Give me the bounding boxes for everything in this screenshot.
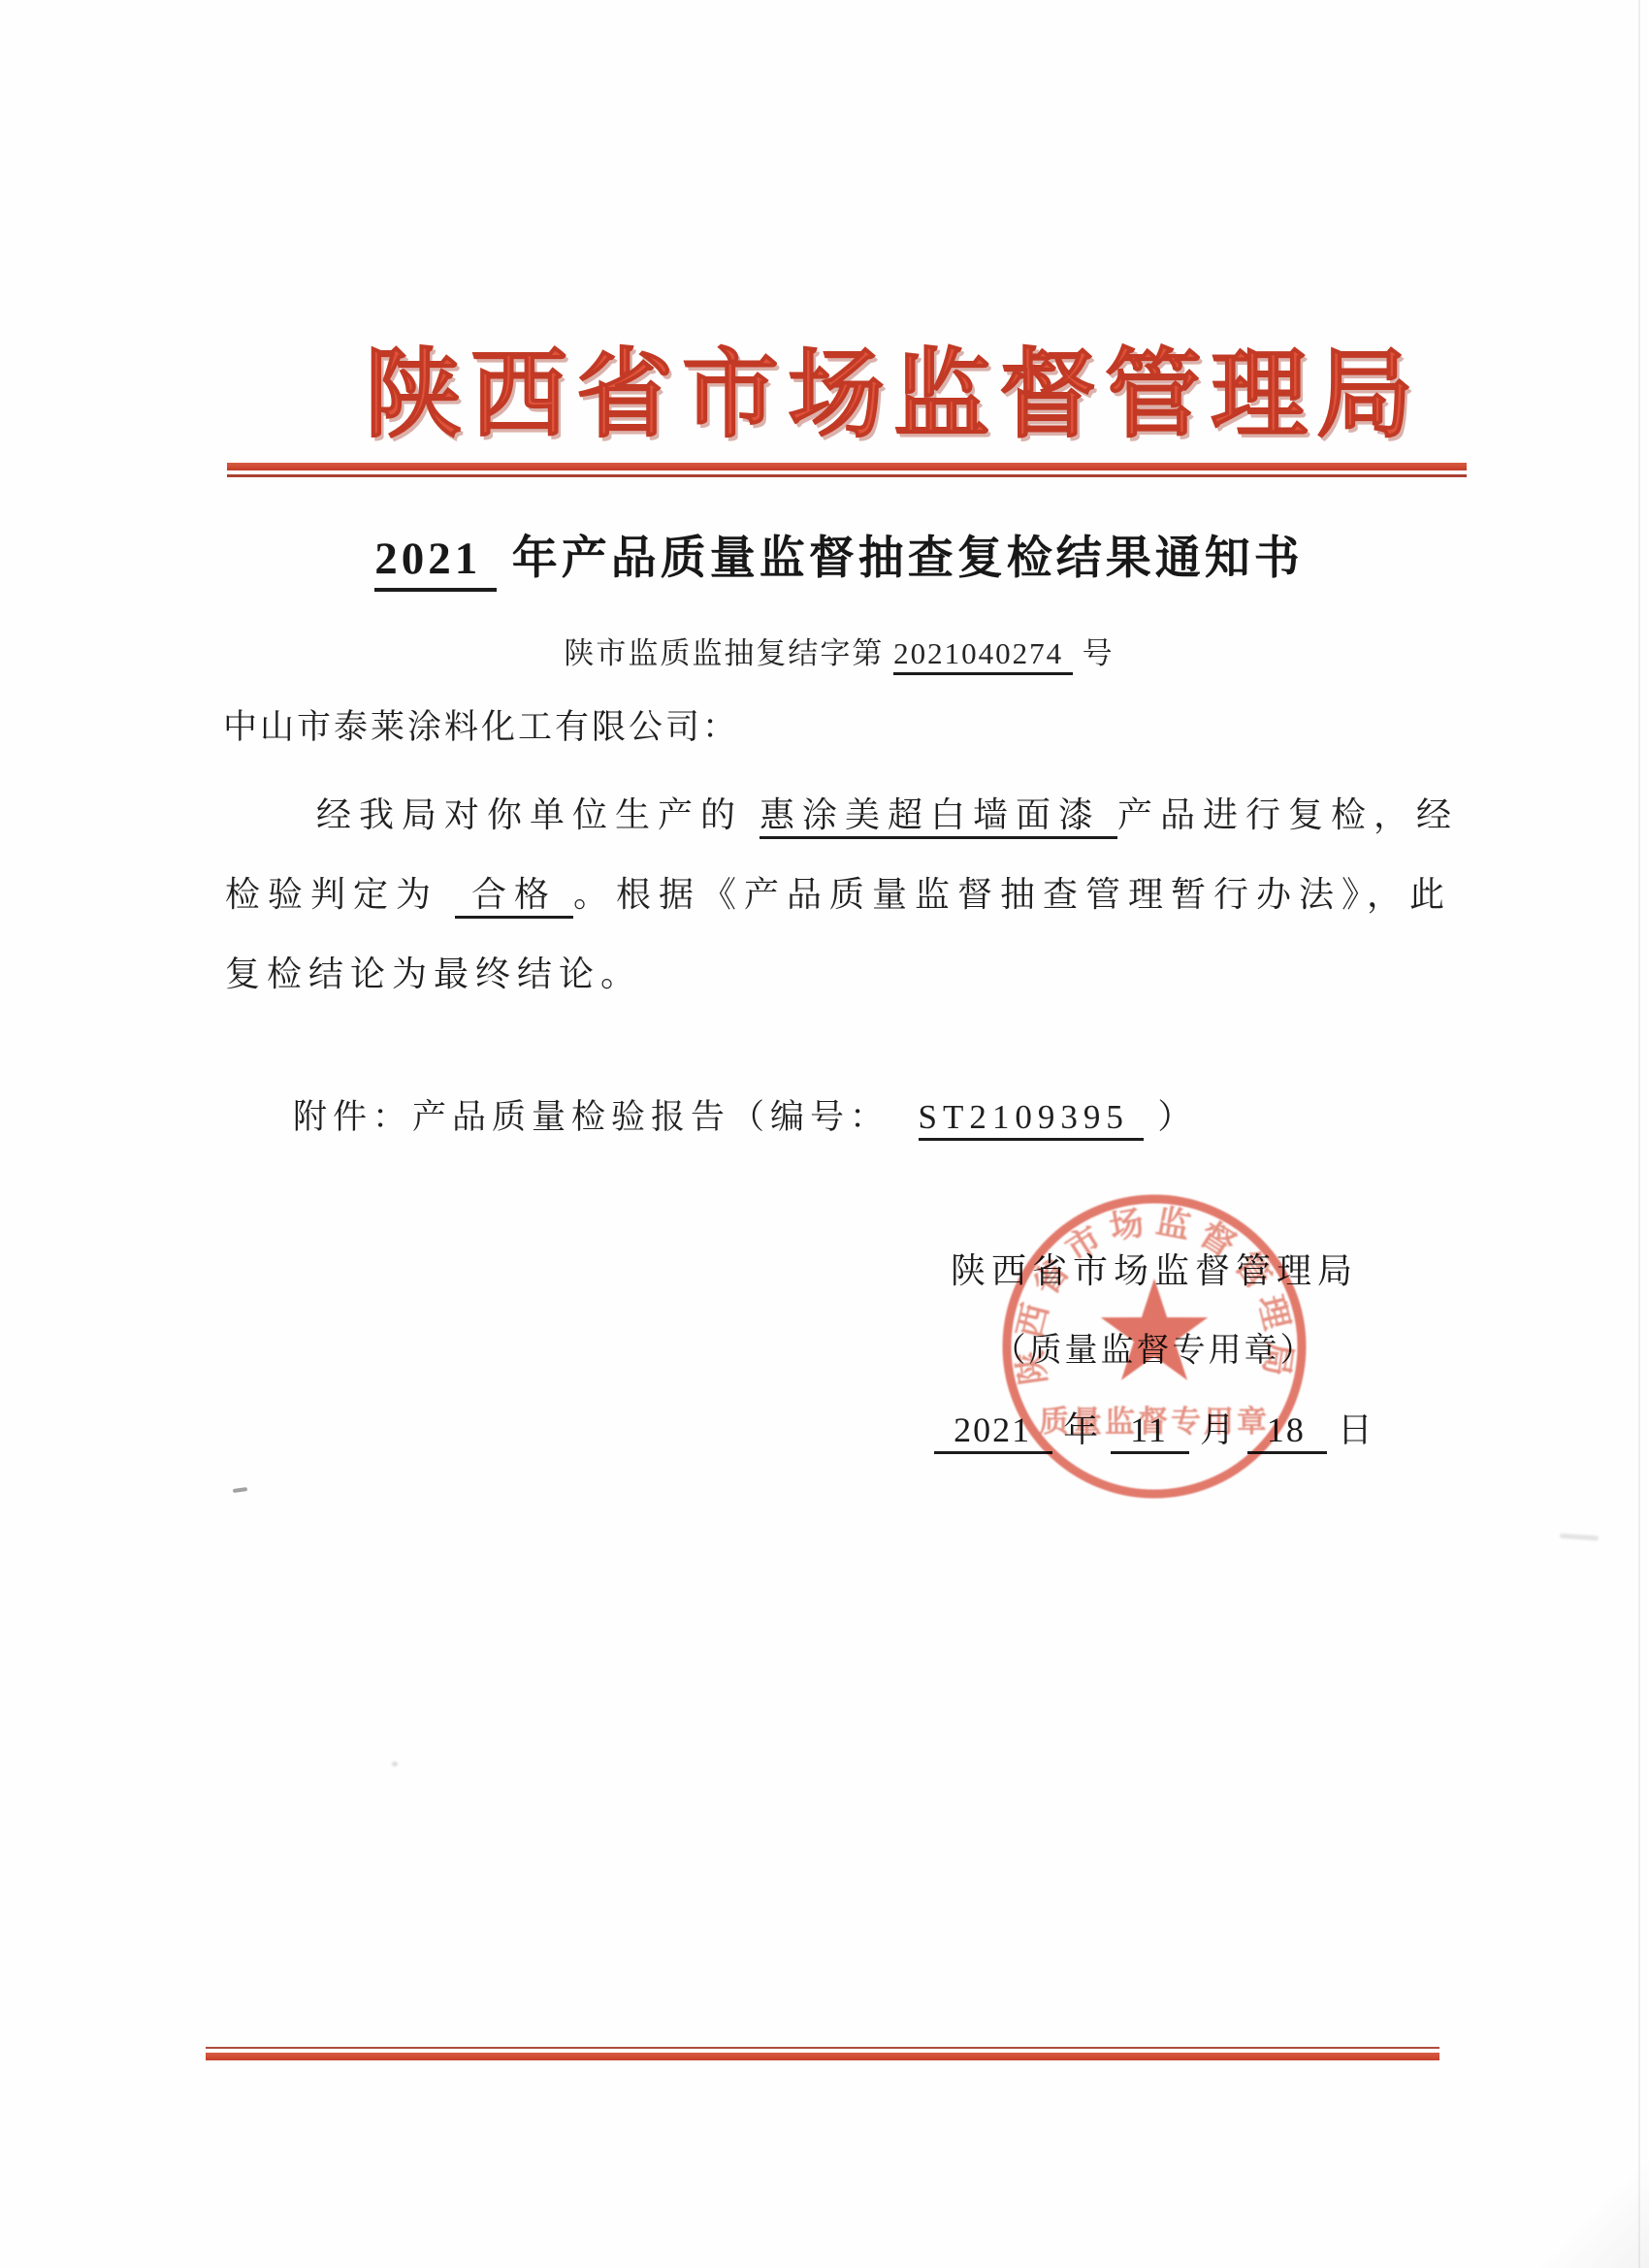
text-segment: 号 — [1073, 636, 1115, 670]
letterhead-rule-thick-line — [227, 463, 1467, 470]
seal-bottom-text: 质量监督专用章 — [1039, 1405, 1270, 1439]
body-line-3: 复检结论为最终结论。 — [225, 947, 1442, 996]
text-segment: 年产品质量监督抽查复检结果通知书 — [497, 534, 1304, 584]
scanned-official-letter: 陕西省市场监督管理局 2021 年产品质量监督抽查复检结果通知书 陕市监质监抽复… — [0, 0, 1649, 2268]
official-seal: 陕西省市场监督管理局 质量监督专用章 — [989, 1182, 1319, 1511]
footer-rule-thin-line — [206, 2047, 1439, 2049]
scan-artifact-dot — [392, 1762, 398, 1766]
attachment-line: 附件：产品质量检验报告（编号： ST2109395 ） — [293, 1090, 1197, 1139]
seal-star-icon — [1101, 1279, 1208, 1380]
footer-rule — [206, 2047, 1439, 2060]
letterhead-rule-thin-line — [227, 474, 1467, 477]
underlined-text: 合格 — [455, 875, 573, 919]
scan-artifact-squiggle — [1560, 1534, 1599, 1541]
body-line-1: 经我局对你单位生产的 惠涂美超白墙面漆 产品进行复检，经 — [225, 788, 1442, 837]
text-segment: 检验判定为 — [225, 875, 455, 914]
text-segment: 。根据《产品质量监督抽查管理暂行办法》，此 — [573, 875, 1452, 914]
text-segment: ） — [1144, 1098, 1198, 1136]
text-segment: 产品进行复检，经 — [1117, 795, 1459, 834]
text-segment: 附件：产品质量检验报告（编号： — [293, 1098, 919, 1136]
letterhead-org-name: 陕西省市场监督管理局 — [345, 316, 1441, 456]
page-edge-shadow — [1638, 0, 1640, 2268]
text-segment: 陕市监质监抽复结字第 — [564, 636, 893, 670]
underlined-text: ST2109395 — [919, 1098, 1144, 1141]
text-segment: 日 — [1327, 1410, 1374, 1449]
underlined-text: 2021040274 — [893, 636, 1073, 675]
doc-ref-number: 陕市监质监抽复结字第 2021040274 号 — [301, 629, 1377, 672]
scan-corner-shade — [1513, 2115, 1649, 2268]
footer-rule-thick-line — [206, 2053, 1439, 2060]
recipient-line: 中山市泰莱涂料化工有限公司： — [223, 700, 739, 749]
text-segment: 复检结论为最终结论。 — [225, 955, 642, 993]
letterhead-rule — [227, 463, 1467, 477]
body-line-2: 检验判定为 合格 。根据《产品质量监督抽查管理暂行办法》，此 — [225, 867, 1442, 917]
doc-title: 2021 年产品质量监督抽查复检结果通知书 — [301, 522, 1377, 587]
text-segment: 经我局对你单位生产的 — [316, 795, 760, 834]
underlined-text: 惠涂美超白墙面漆 — [760, 795, 1117, 839]
scan-artifact-dash — [233, 1487, 247, 1493]
underlined-text: 2021 — [374, 534, 497, 592]
